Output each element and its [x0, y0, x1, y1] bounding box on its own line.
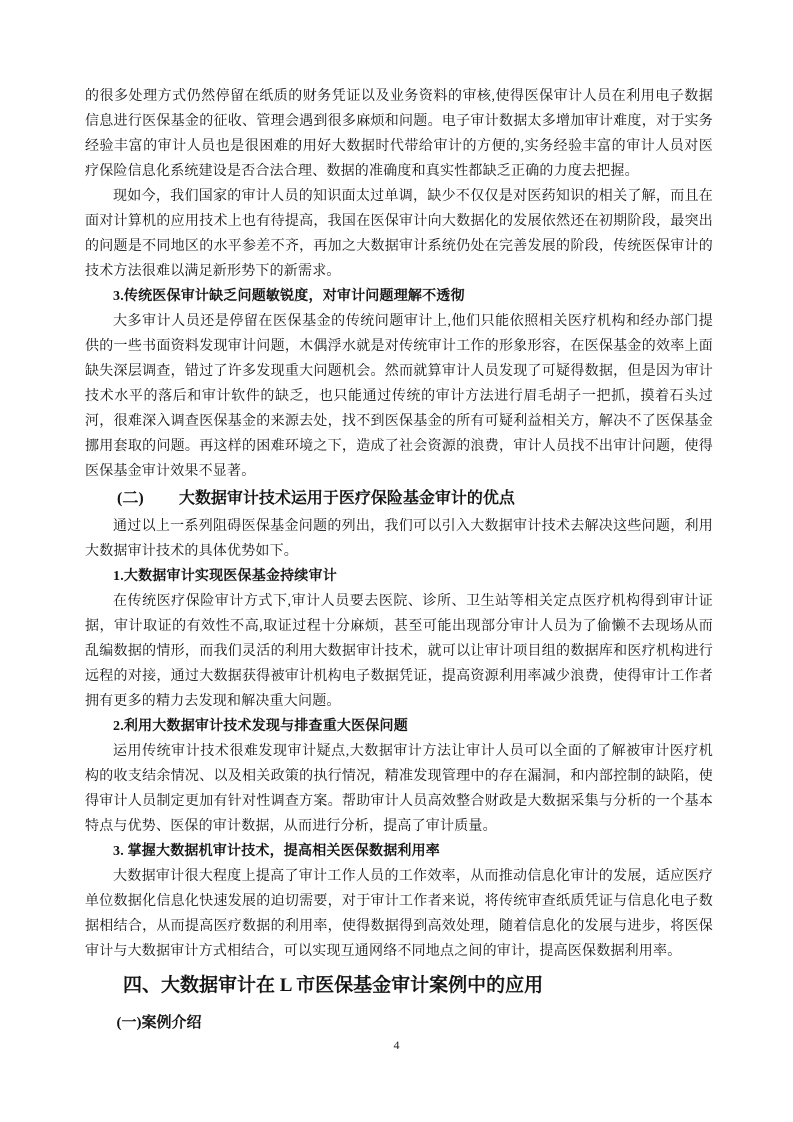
- page-number: 4: [0, 1036, 793, 1054]
- numbered-heading: 2.利用大数据审计技术发现与排查重大医保问题: [85, 714, 713, 739]
- paragraph: 的很多处理方式仍然停留在纸质的财务凭证以及业务资料的审核,使得医保审计人员在利用…: [85, 84, 713, 184]
- page-content: 的很多处理方式仍然停留在纸质的财务凭证以及业务资料的审核,使得医保审计人员在利用…: [85, 84, 713, 1036]
- numbered-heading: 3.传统医保审计缺乏问题敏锐度，对审计问题理解不透彻: [85, 284, 713, 309]
- chapter-heading: 四、大数据审计在 L 市医保基金审计案例中的应用: [85, 971, 713, 1001]
- paragraph: 现如今，我们国家的审计人员的知识面太过单调，缺少不仅仅是对医药知识的相关了解，而…: [85, 184, 713, 284]
- section-heading-title: 大数据审计技术运用于医疗保险基金审计的优点: [179, 490, 515, 507]
- paragraph: 通过以上一系列阻碍医保基金问题的列出，我们可以引入大数据审计技术去解决这些问题，…: [85, 514, 713, 564]
- section-heading: (二)大数据审计技术运用于医疗保险基金审计的优点: [85, 484, 713, 514]
- document-page: 的很多处理方式仍然停留在纸质的财务凭证以及业务资料的审核,使得医保审计人员在利用…: [0, 0, 793, 1122]
- section-heading-number: (二): [117, 490, 144, 507]
- numbered-heading: 1.大数据审计实现医保基金持续审计: [85, 564, 713, 589]
- paragraph: 大数据审计很大程度上提高了审计工作人员的工作效率，从而推动信息化审计的发展，适应…: [85, 864, 713, 964]
- paragraph: 大多审计人员还是停留在医保基金的传统问题审计上,他们只能依照相关医疗机构和经办部…: [85, 309, 713, 484]
- paragraph: 运用传统审计技术很难发现审计疑点,大数据审计方法让审计人员可以全面的了解被审计医…: [85, 739, 713, 839]
- sub-heading: (一)案例介绍: [85, 1010, 713, 1036]
- paragraph: 在传统医疗保险审计方式下,审计人员要去医院、诊所、卫生站等相关定点医疗机构得到审…: [85, 589, 713, 714]
- numbered-heading: 3. 掌握大数据机审计技术，提高相关医保数据利用率: [85, 839, 713, 864]
